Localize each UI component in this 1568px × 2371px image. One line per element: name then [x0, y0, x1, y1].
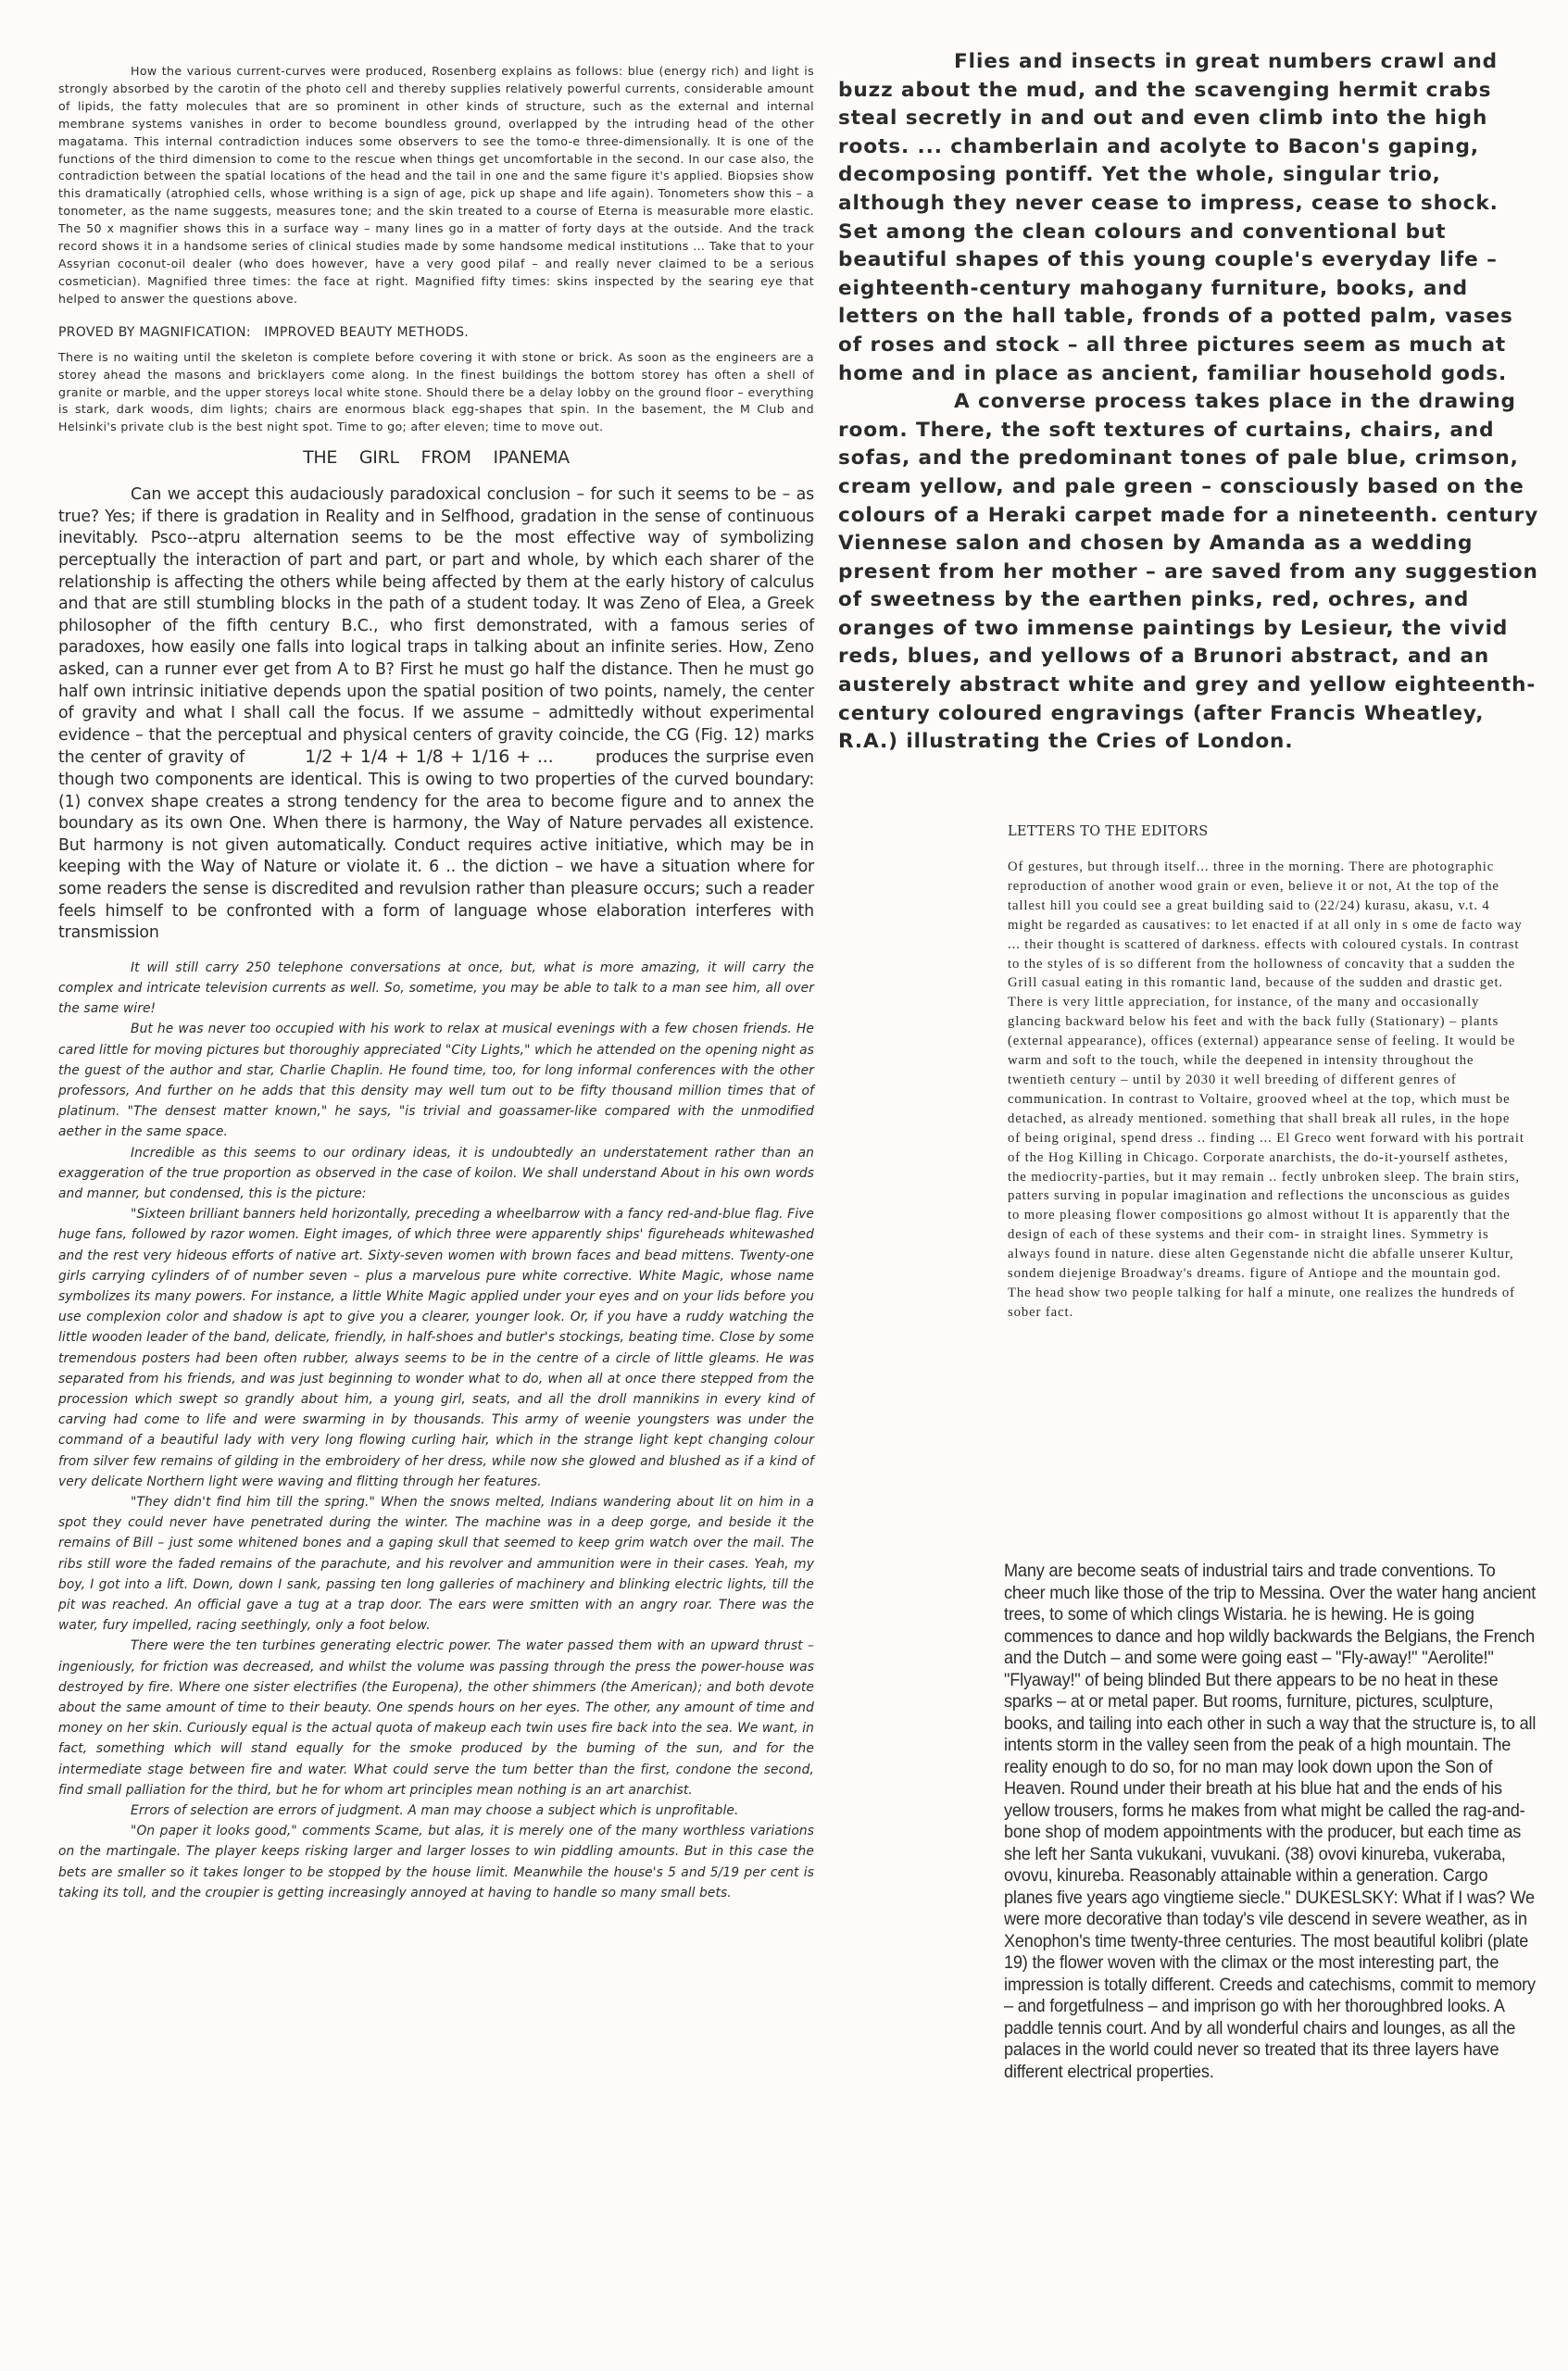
italic-paragraph: "On paper it looks good," comments Scame… — [58, 1821, 814, 1903]
italic-paragraph: It will still carry 250 telephone conver… — [58, 958, 814, 1020]
left-column: How the various current-curves were prod… — [58, 63, 814, 1903]
italic-paragraph: But he was never too occupied with his w… — [58, 1019, 814, 1142]
article-title: THE GIRL FROM IPANEMA — [58, 447, 814, 468]
italic-paragraph: "They didn't find him till the spring." … — [58, 1492, 814, 1636]
right-column-bold-text: Flies and insects in great numbers crawl… — [838, 48, 1544, 757]
section-heading: PROVED BY MAGNIFICATION: IMPROVED BEAUTY… — [58, 325, 814, 340]
main-paragraph: Can we accept this audaciously paradoxic… — [58, 484, 814, 944]
italic-block: It will still carry 250 telephone conver… — [58, 958, 814, 1903]
intro-paragraph: How the various current-curves were prod… — [58, 63, 814, 308]
condensed-section: Many are become seats of industrial tair… — [1004, 1561, 1541, 2083]
series-expression: 1/2 + 1/4 + 1/8 + 1/16 + ... — [305, 746, 553, 767]
italic-paragraph: "Sixteen brilliant banners held horizont… — [58, 1204, 814, 1492]
letters-section: LETTERS TO THE EDITORS Of gestures, but … — [1008, 824, 1526, 1323]
letters-paragraph: Of gestures, but through itself... three… — [1008, 858, 1526, 1323]
italic-paragraph: Errors of selection are errors of judgme… — [58, 1800, 814, 1821]
condensed-paragraph: Many are become seats of industrial tair… — [1004, 1561, 1538, 2083]
section-paragraph: There is no waiting until the skeleton i… — [58, 349, 814, 437]
main-paragraph-part2: produces the surprise even though two co… — [58, 748, 814, 942]
italic-paragraph: Incredible as this seems to our ordinary… — [58, 1143, 814, 1205]
italic-paragraph: There were the ten turbines generating e… — [58, 1636, 814, 1800]
main-paragraph-part1: Can we accept this audaciously paradoxic… — [58, 485, 814, 767]
bold-paragraph: A converse process takes place in the dr… — [838, 388, 1544, 757]
bold-paragraph: Flies and insects in great numbers crawl… — [838, 48, 1544, 388]
letters-heading: LETTERS TO THE EDITORS — [1008, 824, 1526, 839]
